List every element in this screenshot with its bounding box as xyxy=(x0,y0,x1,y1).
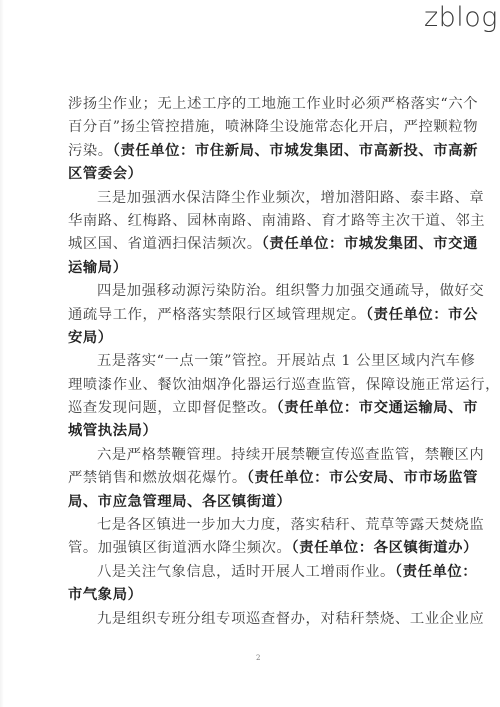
responsible-unit-text: 局、市应急管理局、各区镇街道） xyxy=(68,494,291,510)
body-text: 百分百”扬尘管控措施，喷淋降尘设施常态化开启，严控颗粒物 xyxy=(68,119,478,135)
responsible-unit-text: （责任单位：各区镇街道办） xyxy=(291,540,478,556)
responsible-unit-text: （责任单位：市交通运输局、市 xyxy=(277,400,478,416)
body-text: 四是加强移动源污染防治。组织警力加强交通疏导，做好交 xyxy=(97,283,484,299)
text-line: 三是加强洒水保洁降尘作业频次，增加潜阳路、泰丰路、章 xyxy=(68,187,463,210)
text-line: 安局） xyxy=(68,327,463,350)
responsible-unit-text: 区管委会） xyxy=(68,166,142,182)
watermark-logo: zblog xyxy=(424,2,498,33)
responsible-unit-text: 安局） xyxy=(68,330,113,346)
body-text: 涉扬尘作业；无上述工序的工地施工作业时必须严格落实“六个 xyxy=(68,96,478,112)
text-line: 局、市应急管理局、各区镇街道） xyxy=(68,491,463,514)
text-line: 六是严格禁鞭管理。持续开展禁鞭宣传巡查监管，禁鞭区内 xyxy=(68,444,463,467)
text-line: 百分百”扬尘管控措施，喷淋降尘设施常态化开启，严控颗粒物 xyxy=(68,116,463,139)
text-line: 区管委会） xyxy=(68,163,463,186)
body-text: 巡查发现问题，立即督促整改。 xyxy=(68,400,277,416)
text-line: 八是关注气象信息，适时开展人工增雨作业。（责任单位： xyxy=(68,561,463,584)
body-text: 通疏导工作，严格落实禁限行区域管理规定。 xyxy=(68,307,366,323)
text-line: 涉扬尘作业；无上述工序的工地施工作业时必须严格落实“六个 xyxy=(68,93,463,116)
body-text: 八是关注气象信息，适时开展人工增雨作业。 xyxy=(97,564,395,580)
responsible-unit-text: （责任单位：市住新局、市城发集团、市高新投、市高新 xyxy=(113,143,478,159)
text-line: 五是落实“一点一策”管控。开展站点 1 公里区域内汽车修 xyxy=(68,350,463,373)
page-edge-shadow xyxy=(0,0,4,707)
text-line: 九是组织专班分组专项巡查督办，对秸秆禁烧、工业企业应 xyxy=(68,608,463,631)
text-line: 管。加强镇区街道洒水降尘频次。（责任单位：各区镇街道办） xyxy=(68,537,463,560)
body-text: 严禁销售和燃放烟花爆竹。 xyxy=(68,470,247,486)
text-line: 华南路、红梅路、园林南路、南浦路、育才路等主次干道、邻主 xyxy=(68,210,463,233)
body-text: 管。加强镇区街道洒水降尘频次。 xyxy=(68,540,291,556)
responsible-unit-text: 市气象局） xyxy=(68,587,142,603)
text-line: 城管执法局） xyxy=(68,420,463,443)
text-line: 城区国、省道洒扫保洁频次。（责任单位：市城发集团、市交通 xyxy=(68,233,463,256)
text-line: 通疏导工作，严格落实禁限行区域管理规定。（责任单位：市公 xyxy=(68,304,463,327)
responsible-unit-text: 城管执法局） xyxy=(68,423,157,439)
responsible-unit-text: （责任单位：市公 xyxy=(366,307,478,323)
body-text: 华南路、红梅路、园林南路、南浦路、育才路等主次干道、邻主 xyxy=(68,213,485,229)
text-line: 市气象局） xyxy=(68,584,463,607)
text-line: 污染。（责任单位：市住新局、市城发集团、市高新投、市高新 xyxy=(68,140,463,163)
body-text: 三是加强洒水保洁降尘作业频次，增加潜阳路、泰丰路、章 xyxy=(97,190,484,206)
text-line: 四是加强移动源污染防治。组织警力加强交通疏导，做好交 xyxy=(68,280,463,303)
body-text: 九是组织专班分组专项巡查督办，对秸秆禁烧、工业企业应 xyxy=(97,611,484,627)
body-text: 六是严格禁鞭管理。持续开展禁鞭宣传巡查监管，禁鞭区内 xyxy=(97,447,484,463)
body-text: 五是落实“一点一策”管控。开展站点 1 公里区域内汽车修 xyxy=(97,353,475,369)
page-number: 2 xyxy=(256,654,260,662)
responsible-unit-text: （责任单位：市公安局、市市场监管 xyxy=(247,470,478,486)
document-body: 涉扬尘作业；无上述工序的工地施工作业时必须严格落实“六个百分百”扬尘管控措施，喷… xyxy=(68,93,463,631)
text-line: 理喷漆作业、餐饮油烟净化器运行巡查监管，保障设施正常运行， xyxy=(68,374,463,397)
body-text: 城区国、省道洒扫保洁频次。 xyxy=(68,236,262,252)
text-line: 严禁销售和燃放烟花爆竹。（责任单位：市公安局、市市场监管 xyxy=(68,467,463,490)
responsible-unit-text: （责任单位：市城发集团、市交通 xyxy=(262,236,478,252)
responsible-unit-text: 运输局） xyxy=(68,260,128,276)
text-line: 运输局） xyxy=(68,257,463,280)
body-text: 理喷漆作业、餐饮油烟净化器运行巡查监管，保障设施正常运行， xyxy=(68,377,500,393)
body-text: 污染。 xyxy=(68,143,113,159)
text-line: 巡查发现问题，立即督促整改。（责任单位：市交通运输局、市 xyxy=(68,397,463,420)
text-line: 七是各区镇进一步加大力度，落实秸秆、荒草等露天焚烧监 xyxy=(68,514,463,537)
responsible-unit-text: （责任单位： xyxy=(395,564,477,580)
body-text: 七是各区镇进一步加大力度，落实秸秆、荒草等露天焚烧监 xyxy=(97,517,484,533)
